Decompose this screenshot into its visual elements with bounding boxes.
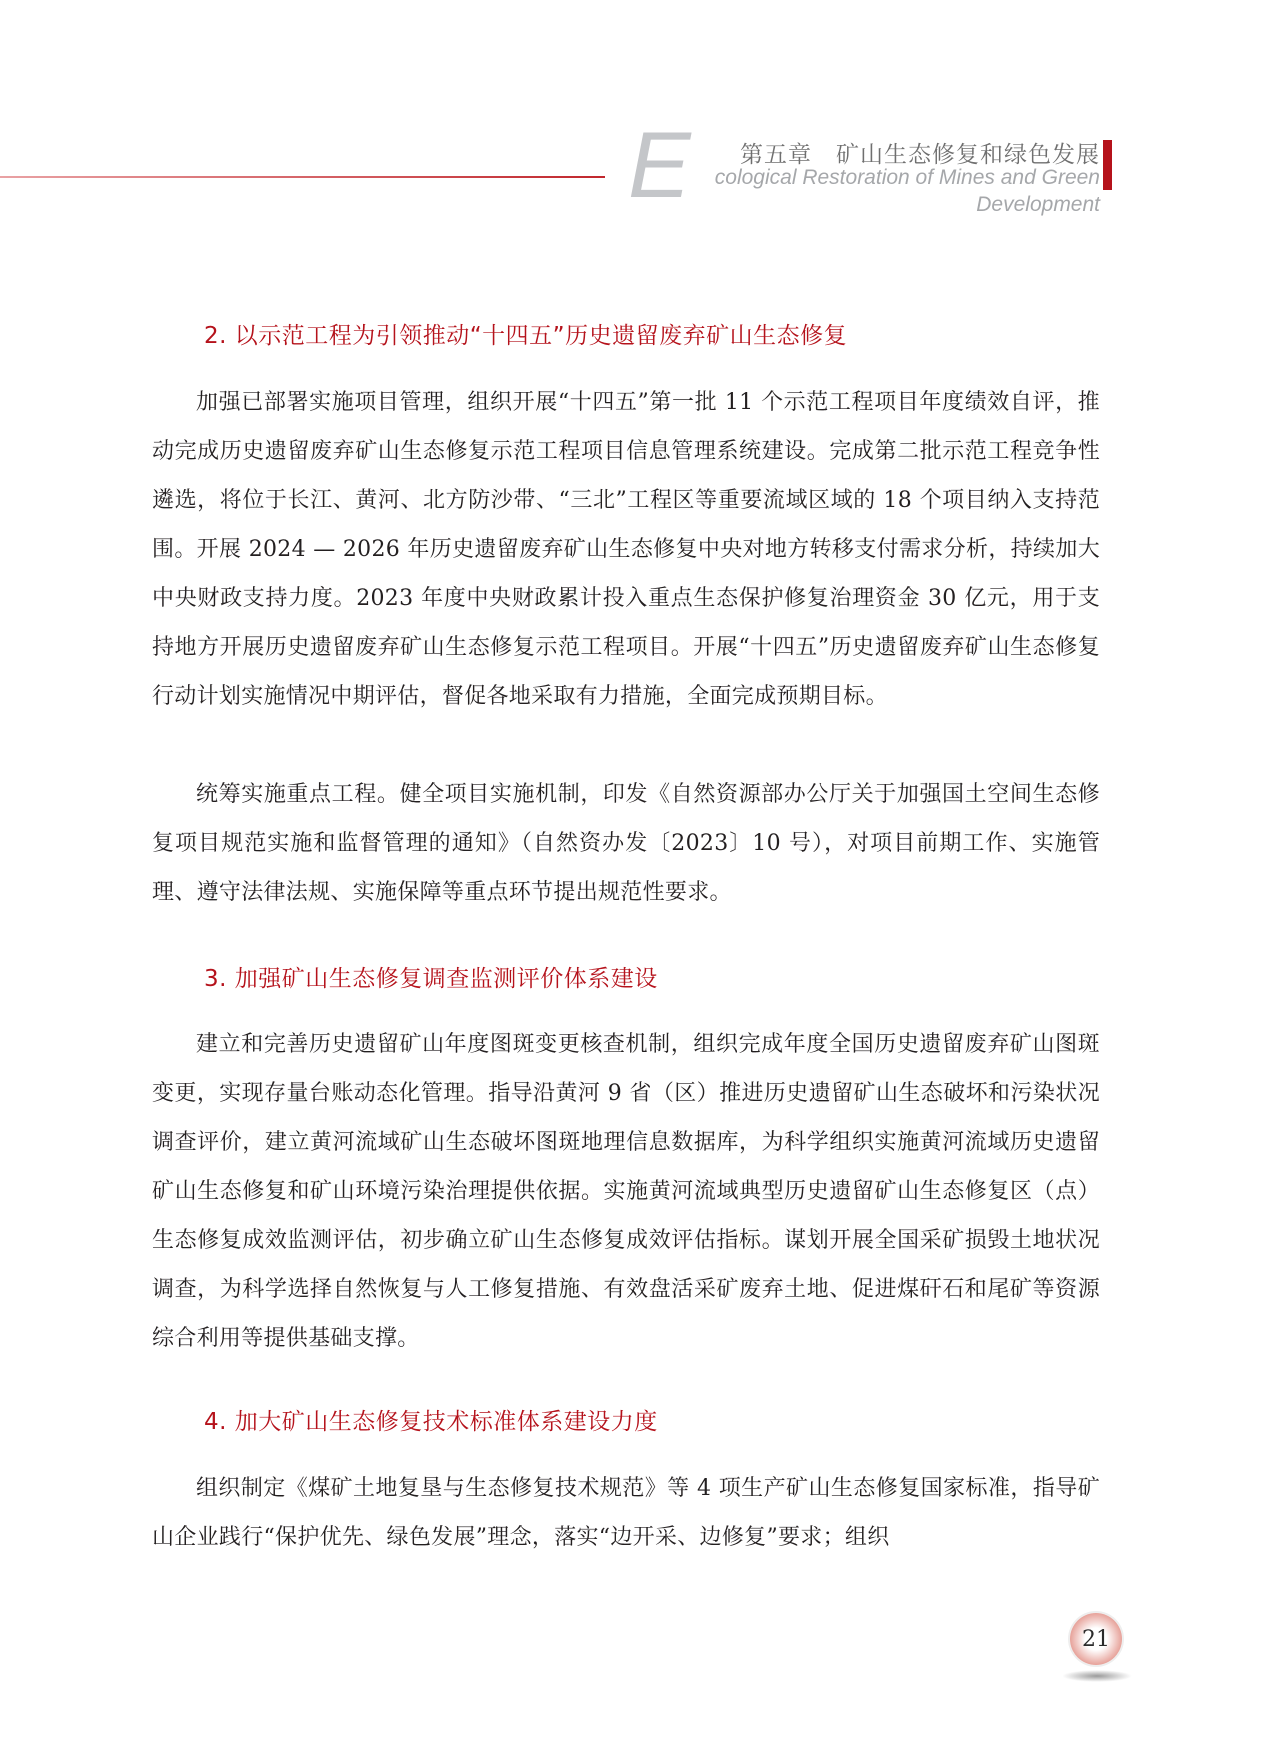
header-rule — [0, 176, 605, 178]
section-2-paragraph-1: 加强已部署实施项目管理，组织开展“十四五”第一批 11 个示范工程项目年度绩效自… — [152, 378, 1100, 721]
chapter-title-en-line1: cological Restoration of Mines and Green — [715, 166, 1100, 190]
page-number-badge: 21 — [1070, 1613, 1122, 1665]
header-accent-bar — [1103, 140, 1112, 190]
section-heading-2: 2. 以示范工程为引领推动“十四五”历史遗留废弃矿山生态修复 — [204, 317, 847, 350]
chapter-title-en-line2: Development — [976, 193, 1100, 217]
chapter-title-cn: 第五章 矿山生态修复和绿色发展 — [740, 136, 1100, 169]
section-heading-4: 4. 加大矿山生态修复技术标准体系建设力度 — [204, 1403, 658, 1436]
section-3-paragraph-1: 建立和完善历史遗留矿山年度图斑变更核查机制，组织完成年度全国历史遗留废弃矿山图斑… — [152, 1020, 1100, 1363]
chapter-initial-letter: E — [628, 118, 691, 212]
page-number-shadow — [1062, 1670, 1132, 1682]
section-heading-3: 3. 加强矿山生态修复调查监测评价体系建设 — [204, 960, 658, 993]
section-2-paragraph-2: 统筹实施重点工程。健全项目实施机制，印发《自然资源部办公厅关于加强国土空间生态修… — [152, 770, 1100, 917]
section-4-paragraph-1: 组织制定《煤矿土地复垦与生态修复技术规范》等 4 项生产矿山生态修复国家标准，指… — [152, 1464, 1100, 1562]
page-number: 21 — [1082, 1627, 1110, 1652]
